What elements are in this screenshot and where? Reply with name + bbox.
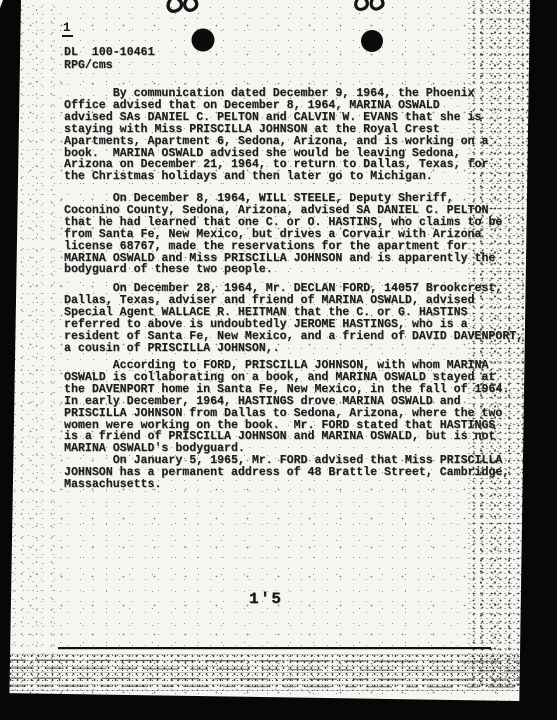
scan-streak-band (0, 653, 545, 691)
handwritten-mark (168, 0, 197, 11)
paragraph: By communication dated December 9, 1964,… (64, 88, 528, 183)
page-marker: 1 (62, 22, 73, 37)
paragraph: On January 5, 1965, Mr. FORD advised tha… (64, 455, 528, 491)
scan-streak-lines (0, 660, 540, 687)
paragraph: According to FORD, PRISCILLA JOHNSON, wi… (64, 360, 528, 455)
typist-initials: RPG/cms (64, 59, 113, 72)
scan-border-left (0, 0, 21, 720)
handwritten-mark (356, 0, 383, 9)
paragraph: On December 8, 1964, WILL STEELE, Deputy… (64, 193, 528, 276)
scan-noise-left (12, 0, 60, 700)
horizontal-rule (58, 647, 491, 649)
file-number-block: DL 100-10461RPG/cms (64, 47, 528, 72)
scan-border-bottom (0, 691, 557, 720)
file-number: DL 100-10461 (64, 46, 154, 59)
document-page: 1 DL 100-10461RPG/cms By communication d… (0, 0, 557, 720)
page-number-stamp: 1'5 (249, 591, 282, 607)
paragraph: On December 28, 1964, Mr. DECLAN FORD, 1… (64, 283, 528, 354)
